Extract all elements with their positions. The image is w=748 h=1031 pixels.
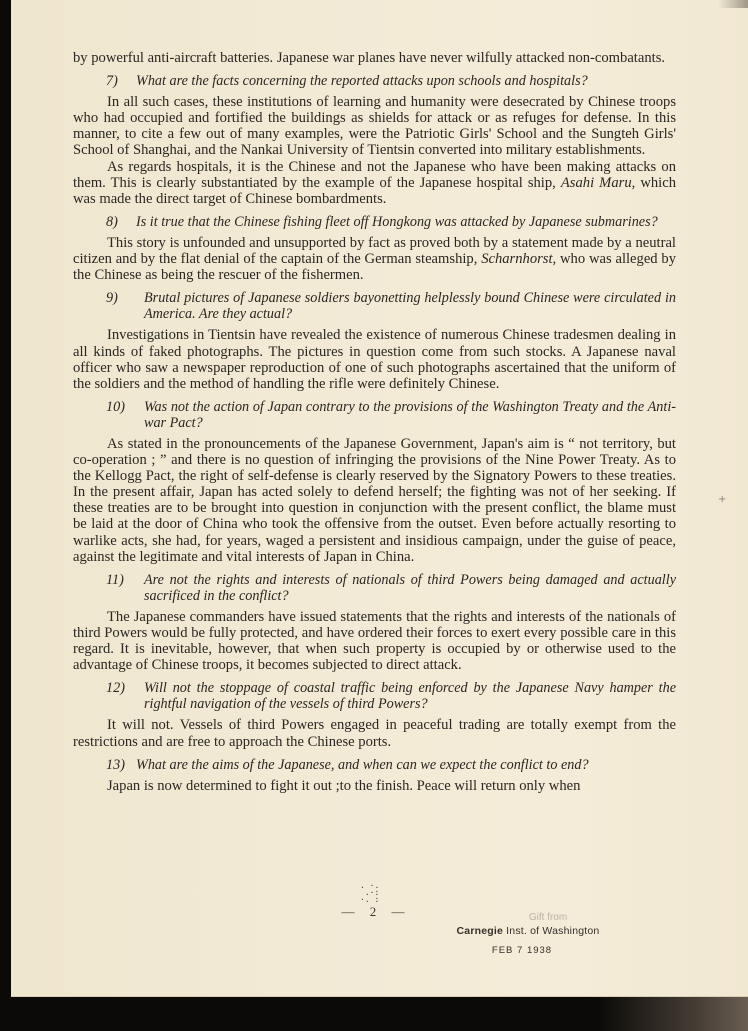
- question-text: Will not the stoppage of coastal traffic…: [144, 680, 676, 712]
- stamp-organization: Carnegie Inst. of Washington: [428, 925, 628, 937]
- answer-paragraph: by powerful anti-aircraft batteries. Jap…: [73, 50, 676, 66]
- question-heading: 12)Will not the stoppage of coastal traf…: [73, 680, 676, 712]
- perforation-marks: . ·. .·: ·. :: [360, 882, 379, 903]
- stamp-org-bold: Carnegie: [457, 925, 504, 937]
- question-text: Is it true that the Chinese fishing flee…: [136, 214, 658, 230]
- stamp-org-rest: Inst. of Washington: [503, 925, 599, 937]
- question-text: Brutal pictures of Japanese soldiers bay…: [144, 290, 676, 322]
- question-number: 11): [106, 572, 144, 588]
- question-number: 13): [106, 757, 136, 773]
- stamp-date: FEB 7 1938: [416, 945, 628, 956]
- question-heading: 10)Was not the action of Japan contrary …: [73, 399, 676, 431]
- scanner-edge: [598, 997, 748, 1031]
- answer-paragraph: Investigations in Tientsin have revealed…: [73, 327, 676, 391]
- answer-paragraph: As regards hospitals, it is the Chinese …: [73, 159, 676, 207]
- margin-mark: +: [718, 494, 726, 505]
- document-body: by powerful anti-aircraft batteries. Jap…: [73, 50, 676, 794]
- page-edge-shadow: [718, 0, 748, 8]
- answer-paragraph: It will not. Vessels of third Powers eng…: [73, 717, 676, 749]
- question-text: What are the facts concerning the report…: [136, 73, 588, 89]
- question-text: Are not the rights and interests of nati…: [144, 572, 676, 604]
- question-number: 7): [106, 73, 136, 89]
- ship-name: Asahi Maru: [561, 175, 632, 191]
- question-heading: 7)What are the facts concerning the repo…: [73, 73, 676, 89]
- question-text: What are the aims of the Japanese, and w…: [136, 757, 589, 773]
- question-number: 9): [106, 290, 144, 306]
- answer-paragraph: In all such cases, these institutions of…: [73, 94, 676, 158]
- scanned-page: by powerful anti-aircraft batteries. Jap…: [0, 0, 748, 1031]
- question-heading: 9)Brutal pictures of Japanese soldiers b…: [73, 290, 676, 322]
- question-text: Was not the action of Japan contrary to …: [144, 399, 676, 431]
- ship-name: Scharnhorst: [481, 251, 552, 267]
- answer-paragraph: As stated in the pronouncements of the J…: [73, 436, 676, 565]
- question-number: 10): [106, 399, 144, 415]
- question-heading: 8)Is it true that the Chinese fishing fl…: [73, 214, 676, 230]
- question-heading: 13)What are the aims of the Japanese, an…: [73, 757, 676, 773]
- question-heading: 11)Are not the rights and interests of n…: [73, 572, 676, 604]
- page-number: — 2 —: [340, 904, 412, 920]
- answer-paragraph: This story is unfounded and unsupported …: [73, 235, 676, 283]
- question-number: 8): [106, 214, 136, 230]
- question-number: 12): [106, 680, 144, 696]
- library-stamp: Gift from Carnegie Inst. of Washington F…: [428, 912, 628, 956]
- answer-paragraph: Japan is now determined to fight it out …: [73, 778, 676, 794]
- answer-paragraph: The Japanese commanders have issued stat…: [73, 609, 676, 673]
- stamp-gift-line: Gift from: [468, 912, 628, 923]
